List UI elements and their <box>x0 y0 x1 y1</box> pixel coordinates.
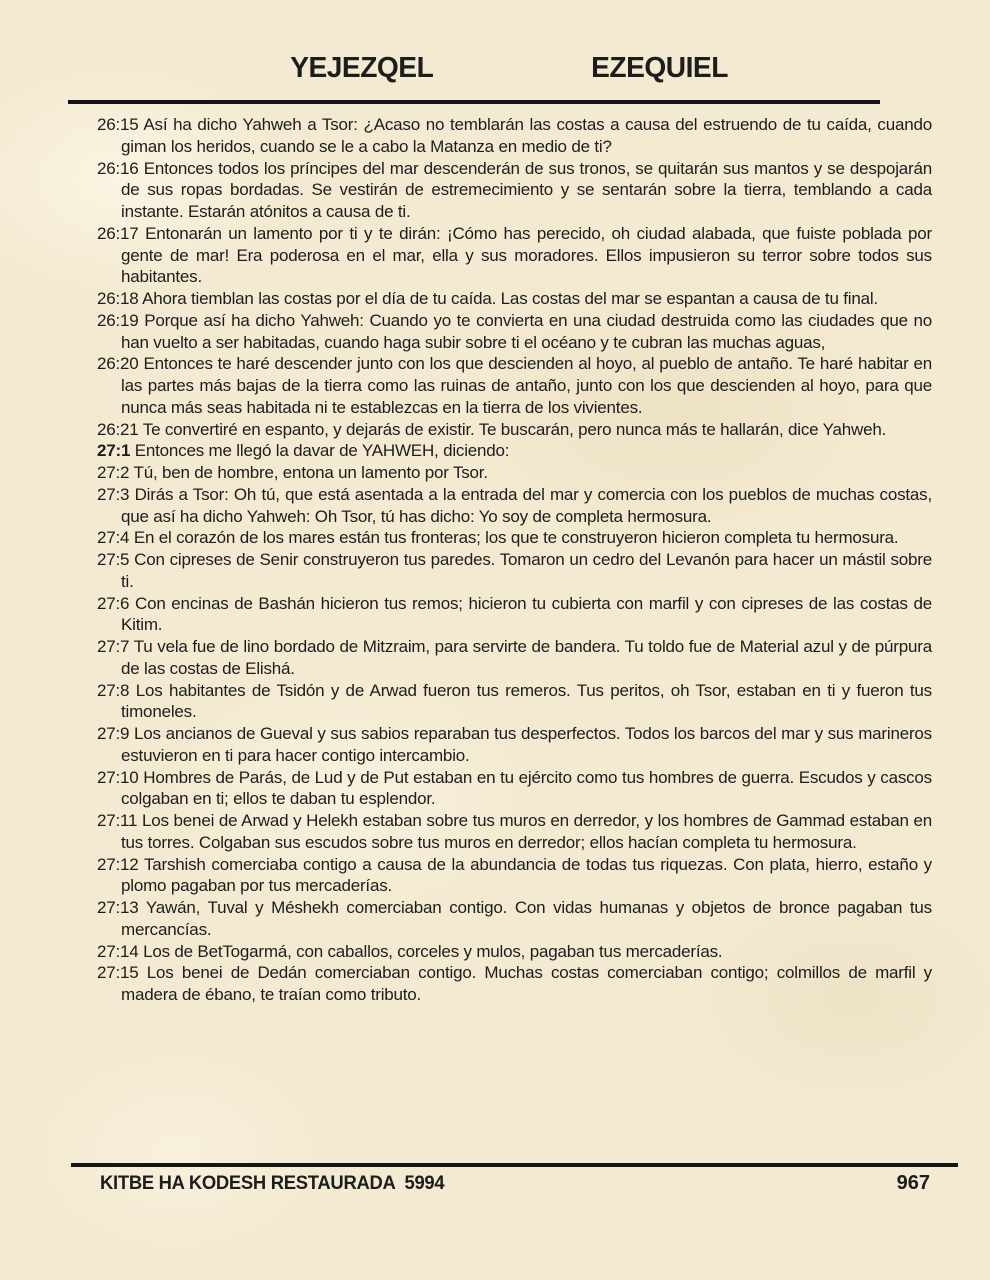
verse-27-7: 27:7 Tu vela fue de lino bordado de Mitz… <box>97 636 932 680</box>
verse-27-2: 27:2 Tú, ben de hombre, entona un lament… <box>97 462 932 484</box>
verse-list: 26:15 Así ha dicho Yahweh a Tsor: ¿Acaso… <box>97 114 932 1006</box>
verse-ref: 26:17 <box>97 224 139 243</box>
verse-ref: 27:15 <box>97 963 139 982</box>
scripture-page: YEJEZQEL EZEQUIEL 26:15 Así ha dicho Yah… <box>0 0 990 1280</box>
verse-ref: 27:13 <box>97 898 139 917</box>
footer-rule <box>71 1163 958 1167</box>
verse-26-16: 26:16 Entonces todos los príncipes del m… <box>97 158 932 223</box>
verse-ref: 27:6 <box>97 594 129 613</box>
verse-27-13: 27:13 Yawán, Tuval y Méshekh comerciaban… <box>97 897 932 941</box>
verse-ref: 27:12 <box>97 855 139 874</box>
verse-ref: 27:8 <box>97 681 129 700</box>
verse-ref: 27:14 <box>97 942 139 961</box>
verse-26-18: 26:18 Ahora tiemblan las costas por el d… <box>97 288 932 310</box>
verse-ref: 26:16 <box>97 159 139 178</box>
verse-27-8: 27:8 Los habitantes de Tsidón y de Arwad… <box>97 680 932 724</box>
header-title-spanish: EZEQUIEL <box>591 52 728 85</box>
verse-ref: 27:11 <box>97 811 137 830</box>
verse-26-19: 26:19 Porque así ha dicho Yahweh: Cuando… <box>97 310 932 354</box>
verse-27-6: 27:6 Con encinas de Bashán hicieron tus … <box>97 593 932 637</box>
verse-27-1: 27:1 Entonces me llegó la davar de YAHWE… <box>97 440 932 462</box>
verse-ref: 27:10 <box>97 768 139 787</box>
page-header: YEJEZQEL EZEQUIEL <box>14 52 990 85</box>
verse-ref: 27:1 <box>97 441 130 460</box>
verse-27-4: 27:4 En el corazón de los mares están tu… <box>97 527 932 549</box>
verse-ref: 27:4 <box>97 528 129 547</box>
verse-27-11: 27:11 Los benei de Arwad y Helekh estaba… <box>97 810 932 854</box>
verse-27-10: 27:10 Hombres de Parás, de Lud y de Put … <box>97 767 932 811</box>
verse-ref: 26:19 <box>97 311 139 330</box>
verse-ref: 27:5 <box>97 550 129 569</box>
verse-27-12: 27:12 Tarshish comerciaba contigo a caus… <box>97 854 932 898</box>
verse-ref: 27:2 <box>97 463 129 482</box>
verse-27-15: 27:15 Los benei de Dedán comerciaban con… <box>97 962 932 1006</box>
page-footer: KITBE HA KODESH RESTAURADA 5994 967 <box>100 1172 930 1195</box>
verse-27-14: 27:14 Los de BetTogarmá, con caballos, c… <box>97 941 932 963</box>
verse-26-17: 26:17 Entonarán un lamento por ti y te d… <box>97 223 932 288</box>
verse-ref: 27:3 <box>97 485 129 504</box>
verse-27-3: 27:3 Dirás a Tsor: Oh tú, que está asent… <box>97 484 932 528</box>
verse-26-15: 26:15 Así ha dicho Yahweh a Tsor: ¿Acaso… <box>97 114 932 158</box>
verse-ref: 27:9 <box>97 724 129 743</box>
verse-27-5: 27:5 Con cipreses de Senir construyeron … <box>97 549 932 593</box>
page-number: 967 <box>897 1172 930 1195</box>
header-title-hebrew: YEJEZQEL <box>290 52 433 85</box>
verse-ref: 26:15 <box>97 115 139 134</box>
verse-ref: 26:18 <box>97 289 139 308</box>
verse-ref: 26:20 <box>97 354 139 373</box>
verse-ref: 26:21 <box>97 420 139 439</box>
verse-27-9: 27:9 Los ancianos de Gueval y sus sabios… <box>97 723 932 767</box>
verse-26-21: 26:21 Te convertiré en espanto, y dejará… <box>97 419 932 441</box>
footer-book-title: KITBE HA KODESH RESTAURADA 5994 <box>100 1173 444 1195</box>
verse-ref: 27:7 <box>97 637 129 656</box>
header-rule <box>68 100 880 104</box>
verse-26-20: 26:20 Entonces te haré descender junto c… <box>97 353 932 418</box>
